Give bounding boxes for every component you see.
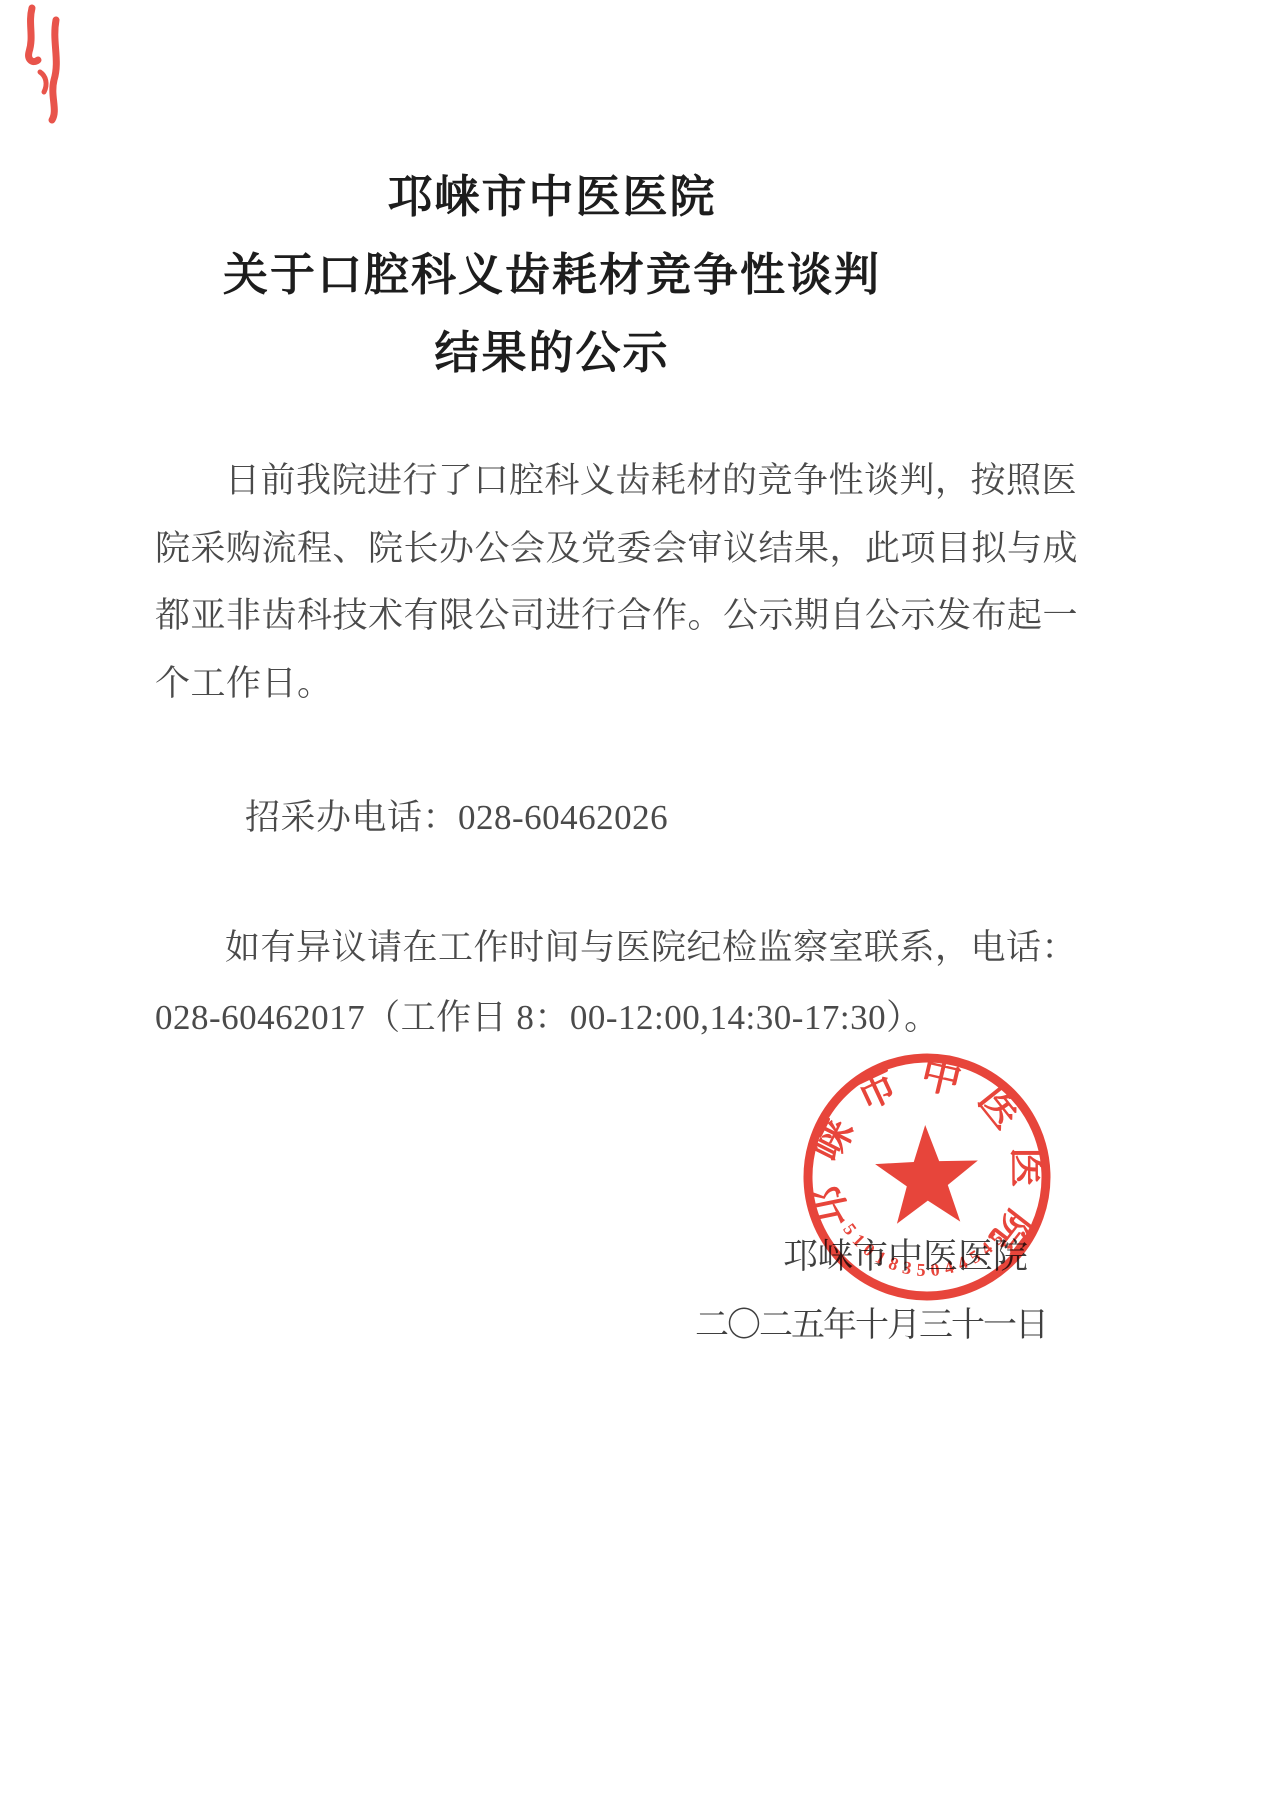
document-title: 邛崃市中医医院 关于口腔科义齿耗材竞争性谈判 结果的公示 [0,158,1104,392]
paragraph-line: 院采购流程、院长办公会及党委会审议结果，此项目拟与成 [155,515,1080,583]
title-line-1: 邛崃市中医医院 [0,158,1104,236]
paragraph-objection: 如有异议请在工作时间与医院纪检监察室联系，电话： 028-60462017（工作… [155,913,1095,1053]
paragraph-announcement: 日前我院进行了口腔科义齿耗材的竞争性谈判，按照医 院采购流程、院长办公会及党委会… [155,447,1080,717]
official-seal: 邛崃市中医医院 5101835044545 [793,1043,1062,1312]
title-line-3: 结果的公示 [0,314,1104,392]
seal-star-icon [874,1123,980,1224]
red-ink-mark [18,2,88,127]
paragraph-line: 日前我院进行了口腔科义齿耗材的竞争性谈判，按照医 [155,447,1080,515]
paragraph-line: 如有异议请在工作时间与医院纪检监察室联系，电话： [155,913,1095,983]
seal-code: 5101835044545 [839,1214,1013,1283]
document-page: 邛崃市中医医院 关于口腔科义齿耗材竞争性谈判 结果的公示 日前我院进行了口腔科义… [0,0,1280,1809]
title-line-2: 关于口腔科义齿耗材竞争性谈判 [0,236,1104,314]
paragraph-line: 028-60462017（工作日 8：00-12:00,14:30-17:30）… [155,983,1095,1053]
seal-graphic: 邛崃市中医医院 5101835044545 [793,1043,1062,1312]
procurement-phone-line: 招采办电话：028-60462026 [245,790,668,840]
paragraph-line: 个工作日。 [155,650,1080,718]
paragraph-line: 都亚非齿科技术有限公司进行合作。公示期自公示发布起一 [155,582,1080,650]
